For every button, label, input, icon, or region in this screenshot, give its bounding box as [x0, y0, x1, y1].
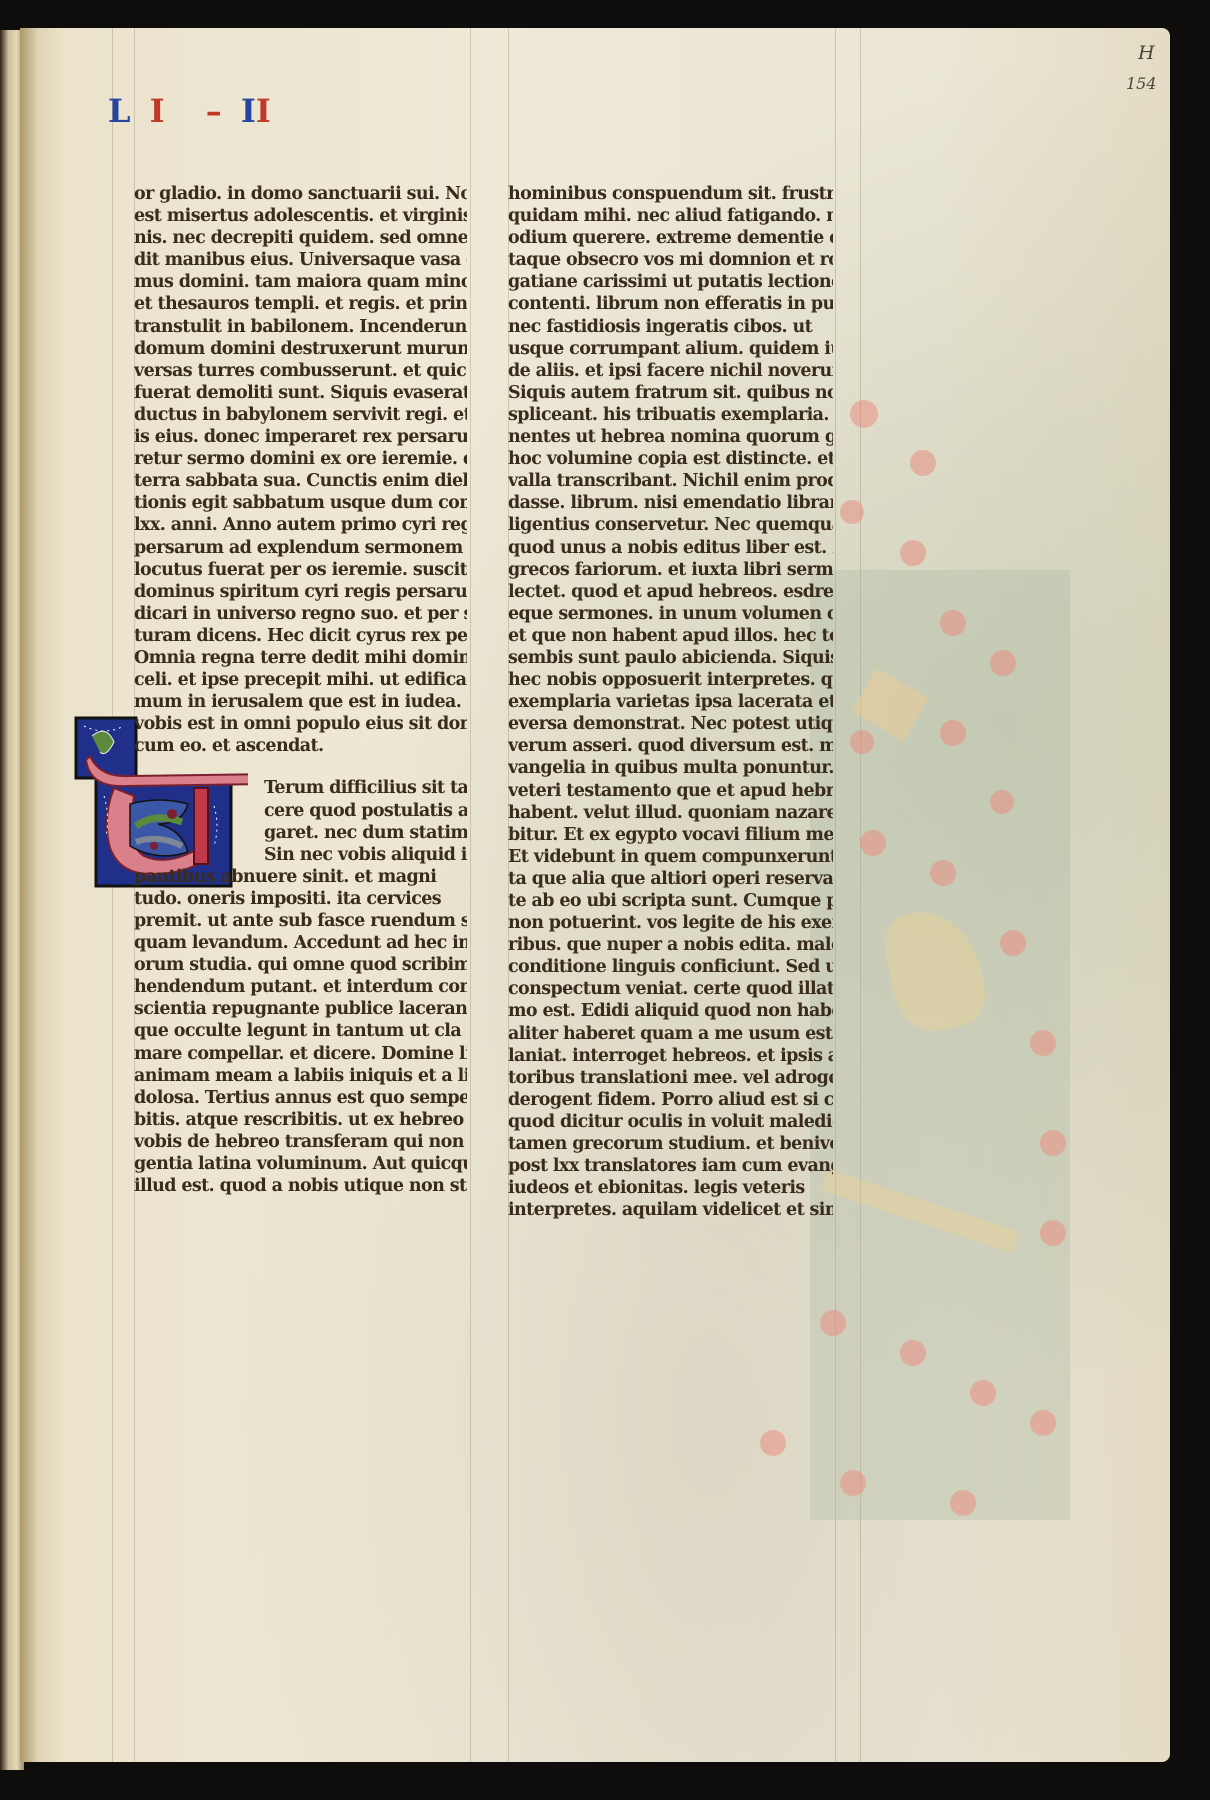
text-line: tamen grecorum studium. et benivolentia.… — [508, 1133, 833, 1155]
text-line: turam dicens. Hec dicit cyrus rex persar… — [134, 625, 467, 647]
faded-dot — [900, 1340, 926, 1366]
text-line: mare compellar. et dicere. Domine libera — [134, 1043, 467, 1065]
gutter-shadow — [20, 28, 38, 1762]
text-line: transtulit in babilonem. Incenderunt — [134, 316, 467, 338]
text-line: ribus. que nuper a nobis edita. maledico… — [508, 934, 833, 956]
faded-dot — [910, 450, 936, 476]
text-line: eque sermones. in unum volumen coartantu… — [508, 603, 833, 625]
text-line: vangelia in quibus multa ponuntur. que d… — [508, 757, 833, 779]
running-head-L: L — [108, 92, 135, 130]
running-head-I3: I — [256, 92, 275, 130]
text-line: orum studia. qui omne quod scribimus. re… — [134, 954, 467, 976]
text-line: Et videbunt in quem compunxerunt. et mul — [508, 846, 833, 868]
text-line: valla transcribant. Nichil enim proderit… — [508, 470, 833, 492]
text-line: is eius. donec imperaret rex persarum. e… — [134, 426, 467, 448]
text-line: lxx. anni. Anno autem primo cyri regis — [134, 514, 467, 536]
text-line: hoc volumine copia est distincte. et per… — [508, 448, 833, 470]
faded-dot — [990, 650, 1016, 676]
faded-dot — [840, 1470, 866, 1496]
faded-dot — [950, 1490, 976, 1516]
ruling-line-center-left — [470, 28, 471, 1762]
text-line: ta que alia que altiori operi reservamus… — [508, 868, 833, 890]
text-line: Sin nec vobis aliquid im — [134, 844, 467, 866]
text-line: mum in ierusalem que est in iudea. Quis … — [134, 691, 467, 713]
text-line: nentes ut hebrea nomina quorum grandis i… — [508, 426, 833, 448]
text-line: sembis sunt paulo abicienda. Siquis aute… — [508, 647, 833, 669]
text-line: tudo. oneris impositi. ita cervices — [134, 888, 467, 910]
text-line: et thesauros templi. et regis. et princi… — [134, 293, 467, 315]
text-line: et que non habent apud illos. hec tolle … — [508, 625, 833, 647]
text-line: quam levandum. Accedunt ad hec inuidi — [134, 932, 467, 954]
text-line: hominibus conspuendum sit. frustra autem — [508, 183, 833, 205]
text-line: fuerat demoliti sunt. Siquis evaserat gl… — [134, 382, 467, 404]
text-line: hendendum putant. et interdum contra se — [134, 976, 467, 998]
text-line: de aliis. et ipsi facere nichil noverunt… — [508, 360, 833, 382]
text-line: interpretes. aquilam videlicet et simmac… — [508, 1199, 833, 1221]
text-line: conditione linguis conficiunt. Sed utrum… — [508, 956, 833, 978]
text-line: post lxx translatores iam cum evangelio … — [508, 1155, 833, 1177]
text-line: vobis est in omni populo eius sit dominu… — [134, 713, 467, 735]
text-line: mus domini. tam maiora quam minora. — [134, 271, 467, 293]
text-line: dolosa. Tertius annus est quo semper scr… — [134, 1087, 467, 1109]
text-line: versas turres combusserunt. et quicquid … — [134, 360, 467, 382]
text-line: scientia repugnante publice lacerant — [134, 998, 467, 1020]
text-line: veteri testamento que et apud hebreos. i… — [508, 780, 833, 802]
faded-dot — [1040, 1220, 1066, 1246]
running-head-I2: I — [241, 92, 256, 130]
text-line: conspectum veniat. certe quod illatus su… — [508, 978, 833, 1000]
text-line: lectet. quod et apud hebreos. esdre neem… — [508, 581, 833, 603]
text-line: exemplaria varietas ipsa lacerata et — [508, 691, 833, 713]
text-line: iudeos et ebionitas. legis veteris — [508, 1177, 833, 1199]
text-line: quidam mihi. nec aliud fatigando. nisi — [508, 205, 833, 227]
text-line: nec fastidiosis ingeratis cibos. ut — [508, 316, 833, 338]
text-line: taque obsecro vos mi domnion et ro — [508, 249, 833, 271]
running-head: L I – II — [108, 92, 275, 130]
text-line: tionis egit sabbatum usque dum compleren… — [134, 492, 467, 514]
text-line: quod unus a nobis editus liber est. nec … — [508, 537, 833, 559]
faded-dot — [1040, 1130, 1066, 1156]
text-line: est misertus adolescentis. et virginis. … — [134, 205, 467, 227]
text-line: mo est. Edidi aliquid quod non haberet i… — [508, 1000, 833, 1022]
faded-dot — [1030, 1410, 1056, 1436]
text-line: persarum ad explendum sermonem domini qu… — [134, 537, 467, 559]
faded-dot — [940, 720, 966, 746]
text-line: Siquis autem fratrum sit. quibus nostra … — [508, 382, 833, 404]
text-line: locutus fuerat per os ieremie. suscitavi… — [134, 559, 467, 581]
faded-dot — [840, 500, 864, 524]
faded-dot — [900, 540, 926, 566]
text-line: contenti. librum non efferatis in public… — [508, 293, 833, 315]
text-line: spliceant. his tribuatis exemplaria. mo — [508, 404, 833, 426]
text-line: premit. ut ante sub fasce ruendum sit. — [134, 910, 467, 932]
text-line: cum eo. et ascendat. — [134, 735, 467, 757]
faded-dot — [860, 830, 886, 856]
text-line: quod dicitur oculis in voluit maledicere… — [508, 1111, 833, 1133]
faded-dot — [970, 1380, 996, 1406]
text-line: verum asseri. quod diversum est. mittite… — [508, 735, 833, 757]
text-line: grecos fariorum. et iuxta libri sermonis… — [508, 559, 833, 581]
text-line: ligentius conservetur. Nec quemquam move… — [508, 514, 833, 536]
text-line: te ab eo ubi scripta sunt. Cumque profer… — [508, 890, 833, 912]
text-line: dit manibus eius. Universaque vasa do — [134, 249, 467, 271]
text-line: domum domini destruxerunt murum ierusale… — [134, 338, 467, 360]
text-line: derogent fidem. Porro aliud est si claus… — [508, 1089, 833, 1111]
text-line: dominus spiritum cyri regis persarum qui… — [134, 581, 467, 603]
text-line: gatiane carissimi ut putatis lectione — [508, 271, 833, 293]
text-line: ductus in babylonem servivit regi. et fi… — [134, 404, 467, 426]
text-line: odium querere. extreme dementie est. I — [508, 227, 833, 249]
faded-dot — [850, 400, 878, 428]
text-line: eversa demonstrat. Nec potest utique — [508, 713, 833, 735]
ruling-line-left-outer — [112, 28, 113, 1762]
text-line: Terum difficilius sit ta — [134, 777, 467, 799]
faded-dot — [820, 1310, 846, 1336]
running-head-I: I — [150, 92, 169, 130]
text-line: terra sabbata sua. Cunctis enim diebus d… — [134, 470, 467, 492]
text-line: non potuerint. vos legite de his exempla — [508, 912, 833, 934]
faded-dot — [930, 860, 956, 886]
text-line: dicari in universo regno suo. et per scr… — [134, 603, 467, 625]
text-line: animam meam a labiis iniquis et a lingua — [134, 1065, 467, 1087]
text-line: usque corrumpant alium. quidem iudicare … — [508, 338, 833, 360]
text-line: illud est. quod a nobis utique non stati… — [134, 1175, 467, 1197]
text-line: pantibus abnuere sinit. et magni — [134, 866, 467, 888]
text-line: retur sermo domini ex ore ieremie. et ce… — [134, 448, 467, 470]
text-line: garet. nec dum statim. — [134, 822, 467, 844]
text-line: que occulte legunt in tantum ut cla — [134, 1020, 467, 1042]
text-line: Omnia regna terre dedit mihi dominus deu… — [134, 647, 467, 669]
text-column-left: or gladio. in domo sanctuarii sui. Non e… — [134, 183, 467, 1197]
text-line: gentia latina voluminum. Aut quicquid — [134, 1153, 467, 1175]
running-head-dash: – — [206, 92, 226, 130]
faded-dot — [850, 730, 874, 754]
text-line: aliter haberet quam a me usum est. quod … — [508, 1023, 833, 1045]
text-line: or gladio. in domo sanctuarii sui. Non — [134, 183, 467, 205]
text-line: dasse. librum. nisi emendatio librarioru… — [508, 492, 833, 514]
folio-number: 154 — [1126, 74, 1157, 93]
text-line: celi. et ipse precepit mihi. ut edificar… — [134, 669, 467, 691]
faded-dot — [940, 610, 966, 636]
text-column-right: hominibus conspuendum sit. frustra autem… — [508, 183, 833, 1221]
text-line: nis. nec decrepiti quidem. sed omnes tra… — [134, 227, 467, 249]
text-line: habent. velut illud. quoniam nazareus vo… — [508, 802, 833, 824]
text-line: toribus translationi mee. vel adroget ve… — [508, 1067, 833, 1089]
faded-dot — [760, 1430, 786, 1456]
quire-mark: H — [1138, 42, 1155, 64]
text-line: vobis de hebreo transferam qui non latin… — [134, 1131, 467, 1153]
text-line: cere quod postulatis amice — [134, 800, 467, 822]
text-line: bitis. atque rescribitis. ut ex hebreo l… — [134, 1109, 467, 1131]
faded-dot — [1000, 930, 1026, 956]
text-line: bitur. Et ex egypto vocavi filium meum. — [508, 824, 833, 846]
faded-dot — [990, 790, 1014, 814]
faded-dot — [1030, 1030, 1056, 1056]
text-line: hec nobis opposuerit interpretes. quorum — [508, 669, 833, 691]
text-line: laniat. interroget hebreos. et ipsis auc — [508, 1045, 833, 1067]
